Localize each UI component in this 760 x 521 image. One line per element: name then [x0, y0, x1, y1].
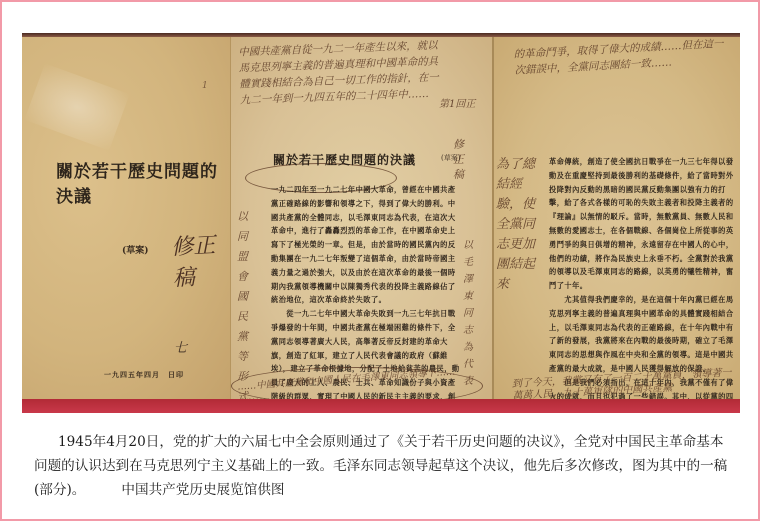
print-date: 一九四五年四月 日印 [104, 370, 184, 380]
middle-page-title: 關於若干歷史問題的決議 [273, 151, 416, 168]
manuscript-photo: 1 關於若干歷史問題的決議 (草案) 修正稿 七 一九四五年四月 日印 中國共產… [22, 33, 740, 413]
handwritten-margin-left: 為了總結經驗，使全黨同志更加團結起來 [496, 155, 546, 295]
page-mark: 1 [202, 81, 208, 91]
middle-page: 中國共產黨自從一九二一年產生以來，就以馬克思列寧主義的普遍真理和中國革命的具體實… [230, 37, 493, 399]
cover-page: 1 關於若干歷史問題的決議 (草案) 修正稿 七 一九四五年四月 日印 [22, 37, 230, 399]
handwritten-label: 第1回正 [439, 95, 475, 110]
photo-credit: 中国共产党历史展览馆供图 [121, 482, 284, 498]
handwritten-insertion-top: 中國共產黨自從一九二一年產生以來，就以馬克思列寧主義的普遍真理和中國革命的具體實… [238, 38, 440, 109]
light-reflection [24, 63, 129, 150]
draft-label: (草案) [122, 243, 149, 256]
page-frame: 1 關於若干歷史問題的決議 (草案) 修正稿 七 一九四五年四月 日印 中國共產… [0, 0, 760, 521]
handwritten-insertion-top: 的革命鬥爭，取得了偉大的成績……但在這一次錯誤中，全黨同志團結一致…… [513, 35, 734, 78]
photo-caption: 1945年4月20日，党的扩大的六届七中全会原则通过了《关于若干历史问题的决议》… [34, 430, 734, 502]
handwritten-mark: 七 [174, 337, 187, 356]
middle-draft-label: (草案) [441, 153, 460, 163]
handwritten-revision-note: 修正稿 [170, 228, 231, 293]
right-page: 的革命鬥爭，取得了偉大的成績……但在這一次錯誤中，全黨同志團結一致…… 為了總結… [492, 37, 740, 399]
cover-title: 關於若干歷史問題的決議 [56, 157, 230, 207]
mount-bottom-edge [22, 399, 740, 413]
